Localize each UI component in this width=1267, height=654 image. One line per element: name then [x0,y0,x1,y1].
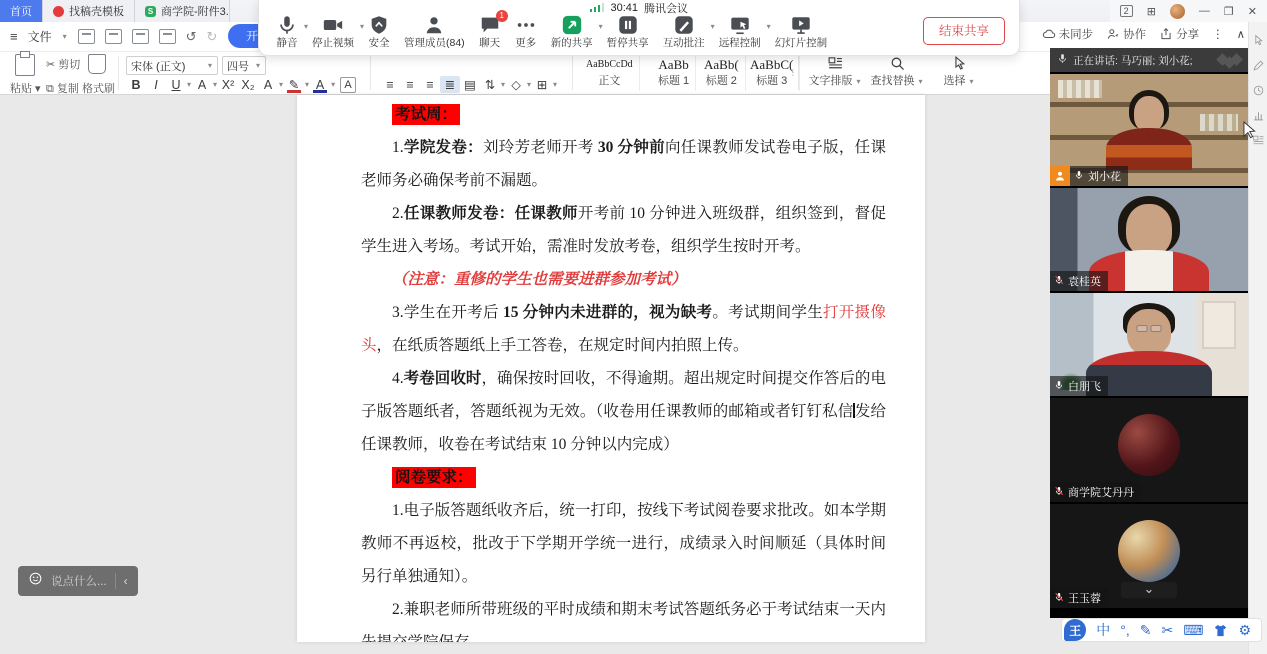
share-out-action[interactable]: 分享 [1159,26,1199,42]
collab-icon [1106,27,1120,41]
mic-icon [276,14,298,36]
hamburger-menu-icon[interactable]: ≡ [10,29,18,44]
dropdown-caret-icon[interactable]: ▾ [360,22,364,31]
tool-text-layout-button[interactable]: 文字排版 ▾ [806,55,864,88]
participant-avatar [1118,414,1180,476]
screen: 首页找稿壳模板S商学院-附件3... 2 ⊞ — ❐ ✕ ≡ 文件 ▾ ↺ ↻ … [0,0,1267,654]
participant-name-tag: 袁桂英 [1050,271,1108,291]
participant-tile-3[interactable]: 商学院艾丹丹 [1050,396,1248,502]
fmt-glyph-6[interactable]: A [258,77,278,93]
mic-muted-icon [1054,592,1064,605]
ime-mode-toggle[interactable]: 中 [1096,619,1110,641]
align-glyph-1[interactable]: ≡ [400,77,420,93]
browser-tab-2[interactable]: S商学院-附件3... [135,0,230,22]
style-card-1[interactable]: AaBb标题 1 [652,55,696,91]
font-size-select[interactable]: 四号▾ [222,56,266,75]
text-layout-icon [806,55,864,75]
style-card-0[interactable]: AaBbCcDd正文 [580,55,640,91]
wps-right-actions: 未同步协作分享⋮∧ [1042,26,1245,42]
meeting-control-pause[interactable]: 暂停共享 [607,14,649,49]
style-gallery-more-icon[interactable]: ⋮ [789,68,797,77]
meeting-control-annotate[interactable]: 互动批注▾ [663,14,705,49]
user-avatar[interactable] [1170,4,1185,19]
ime-pen-icon[interactable]: ✎ [1140,619,1152,641]
meeting-timer: 30:41 [610,2,638,14]
format-glyph-row: BIU▾A▾X²X₂A▾✎▾A▾A [126,76,356,93]
tab-label: 商学院-附件3... [161,3,230,19]
restore-button[interactable]: ❐ [1224,5,1234,18]
participant-list: 刘小花袁桂英白朋飞商学院艾丹丹王玉蓉⌄ [1050,72,1248,608]
side-tab-select-cursor-icon[interactable] [1252,34,1265,47]
chat-collapse-icon[interactable]: ‹ [124,574,128,588]
paste-icon[interactable] [15,54,35,76]
dropdown-caret-icon[interactable]: ▾ [767,22,771,31]
print-preview-icon[interactable] [159,29,176,44]
dropdown-caret-icon[interactable]: ▾ [599,22,603,31]
doc-paragraph-3: （注意：重修的学生也需要进群参加考试） [361,263,886,296]
collapse-tiles-button[interactable]: ⌄ [1121,582,1177,598]
doc-paragraph-5: 4.考卷回收时，确保按时回收，不得逾期。超出规定时间提交作答后的电子版答题纸者，… [361,362,886,461]
pause-icon [617,14,639,36]
participant-name-tag: 王玉蓉 [1050,588,1108,608]
fmt-glyph-7[interactable]: ✎ [284,76,304,93]
caret-icon[interactable]: ▾ [331,80,335,89]
participant-tile-2[interactable]: 白朋飞 [1050,291,1248,396]
meeting-status: 30:41 腾讯会议 [259,1,1019,14]
participant-tile-1[interactable]: 袁桂英 [1050,186,1248,291]
caret-icon[interactable]: ▾ [553,80,557,89]
fmt-glyph-2[interactable]: U [166,77,186,93]
mic-on-icon [1074,170,1084,183]
dropdown-caret-icon[interactable]: ▾ [711,22,715,31]
style-label: 标题 1 [658,74,689,88]
meeting-control-remote[interactable]: 远程控制▾ [719,14,761,49]
file-menu[interactable]: 文件 [28,28,52,45]
side-tab-clock-icon[interactable] [1252,84,1265,97]
document-page[interactable]: 考试周：1.学院发卷：刘玲芳老师开考 30 分钟前向任课教师发试卷电子版，任课老… [297,95,925,642]
meeting-control-chat[interactable]: 1聊天 [479,14,501,49]
document-body: 考试周：1.学院发卷：刘玲芳老师开考 30 分钟前向任课教师发试卷电子版，任课老… [361,98,886,642]
tool-magnifier-button[interactable]: 查找替换 ▾ [868,55,926,88]
emoji-icon[interactable] [28,571,43,591]
ime-skin-icon[interactable] [1213,619,1228,641]
meeting-control-share-screen[interactable]: 新的共享▾ [551,14,593,49]
style-label: 标题 2 [704,74,739,88]
end-share-button[interactable]: 结束共享 [923,17,1005,45]
ime-keyboard-icon[interactable]: ⌨ [1183,619,1203,641]
participant-name-tag: 刘小花 [1070,166,1128,186]
doc-paragraph-4: 3.学生在开考后 15 分钟内未进群的，视为缺考。考试期间学生打开摄像头，在纸质… [361,296,886,362]
align-glyph-row: ≡≡≡≣▤⇅▾◇▾⊞▾ [380,76,558,93]
align-glyph-7[interactable]: ⊞ [532,76,552,93]
caret-icon[interactable]: ▾ [213,80,217,89]
meeting-video-panel: 正在讲话: 马巧丽; 刘小花; 刘小花袁桂英白朋飞商学院艾丹丹王玉蓉⌄ [1050,48,1248,618]
grid-layout-icon[interactable]: ⊞ [1147,5,1156,18]
participant-avatar [1118,520,1180,582]
cut-button[interactable]: ✂ 剪切 [46,56,80,72]
fmt-glyph-0[interactable]: B [126,77,146,93]
magnifier-icon [868,55,926,75]
align-glyph-6[interactable]: ◇ [506,76,526,93]
chat-badge: 1 [496,10,508,22]
style-label: 正文 [586,74,633,88]
format-painter-icon[interactable] [88,54,106,74]
meeting-toolbar-panel: 30:41 腾讯会议 静音▾停止视频▾安全管理成员(84)1聊天更多新的共享▾暂… [258,0,1020,56]
meeting-logo-icon [1216,53,1242,67]
caret-icon[interactable]: ▾ [305,80,309,89]
doc-paragraph-6: 阅卷要求： [361,461,886,494]
signal-icon [590,3,605,12]
ime-toolbar: 王 中 °, ✎ ✂ ⌨ ⚙ [1061,618,1262,642]
style-sample: AaBbC( [750,56,793,74]
more-icon [515,14,537,36]
meeting-control-slides[interactable]: 幻灯片控制 [775,14,828,49]
minimize-button[interactable]: — [1199,5,1210,17]
fmt-glyph-1[interactable]: I [146,77,166,93]
participant-name-tag: 商学院艾丹丹 [1050,482,1141,502]
browser-tab-1[interactable]: 找稿壳模板 [43,0,135,22]
chat-icon: 1 [479,14,501,36]
close-button[interactable]: ✕ [1248,5,1257,18]
style-card-2[interactable]: AaBb(标题 2 [698,55,746,91]
speaking-label: 正在讲话: 马巧丽; 刘小花; [1073,53,1193,68]
doc-paragraph-0: 考试周： [361,98,886,131]
tab-label: 首页 [10,3,32,19]
meeting-control-shield[interactable]: 安全 [368,14,390,49]
slides-icon [790,14,812,36]
ime-logo-icon[interactable]: 王 [1064,619,1086,641]
more-options-icon[interactable]: ⋮ [1212,27,1224,41]
participant-tile-0[interactable]: 刘小花 [1050,72,1248,186]
copy-button[interactable]: ⧉ 复制 [46,80,79,96]
undo-icon[interactable]: ↺ [186,29,197,45]
paste-label[interactable]: 粘贴 ▾ [10,80,41,96]
cloud-icon [1042,27,1056,41]
cloud-action[interactable]: 未同步 [1042,26,1094,42]
select-cursor-icon [930,55,988,75]
caret-icon[interactable]: ▾ [279,80,283,89]
align-glyph-5[interactable]: ⇅ [480,76,500,93]
mic-on-icon [1054,380,1064,393]
font-name-select[interactable]: 宋体 (正文)▾ [126,56,218,75]
mic-muted-icon [1054,486,1064,499]
meeting-control-more[interactable]: 更多 [515,14,537,49]
wps-side-tabs-strip [1248,22,1267,654]
align-glyph-2[interactable]: ≡ [420,77,440,93]
danmaku-chat-bar[interactable]: 说点什么... ‹ [18,566,138,596]
fmt-glyph-9[interactable]: A [340,77,356,93]
chat-input-placeholder[interactable]: 说点什么... [51,573,107,589]
style-label: 标题 3 [750,74,793,88]
meeting-control-camera[interactable]: 停止视频▾ [312,14,354,49]
side-tab-pen-icon[interactable] [1252,59,1265,72]
annotate-icon [673,14,695,36]
style-sample: AaBb [658,56,689,74]
doc-paragraph-2: 2.任课教师发卷：任课教师开考前 10 分钟进入班级群，组织签到，督促学生进入考… [361,197,886,263]
style-sample: AaBb( [704,56,739,74]
align-glyph-4[interactable]: ▤ [460,76,480,93]
red-dot-icon [53,6,64,17]
redo-icon[interactable]: ↻ [207,29,218,45]
host-badge-icon [1050,166,1070,186]
mic-muted-icon [1054,275,1064,288]
meeting-control-mic[interactable]: 静音▾ [276,14,298,49]
align-glyph-3[interactable]: ≣ [440,76,460,93]
fmt-glyph-5[interactable]: X₂ [238,77,258,93]
green-s-icon: S [145,6,156,17]
collab-action[interactable]: 协作 [1106,26,1146,42]
doc-paragraph-8: 2.兼职老师所带班级的平时成绩和期末考试答题纸务必于考试结束一天内先提交学院保存… [361,593,886,642]
remote-icon [729,14,751,36]
fmt-glyph-8[interactable]: A [310,77,330,93]
save-icon[interactable] [78,29,95,44]
align-glyph-0[interactable]: ≡ [380,77,400,93]
caret-icon[interactable]: ▾ [501,80,505,89]
speaking-indicator-bar: 正在讲话: 马巧丽; 刘小花; [1050,48,1248,72]
person-icon [423,14,445,36]
meeting-control-person[interactable]: 管理成员(84) [404,14,465,49]
ime-settings-icon[interactable]: ⚙ [1238,619,1251,641]
participant-name-tag: 白朋飞 [1050,376,1108,396]
style-sample: AaBbCcDd [586,56,633,74]
tab-label: 找稿壳模板 [69,3,124,19]
fmt-glyph-4[interactable]: X² [218,77,238,93]
print-icon[interactable] [132,29,149,44]
chat-divider [115,573,116,589]
meeting-controls: 静音▾停止视频▾安全管理成员(84)1聊天更多新的共享▾暂停共享互动批注▾远程控… [269,14,909,54]
file-menu-caret-icon: ▾ [63,32,67,41]
tab-count-icon[interactable]: 2 [1120,5,1133,17]
mouse-cursor-icon [1240,120,1259,139]
dropdown-caret-icon[interactable]: ▾ [304,22,308,31]
browser-tab-0[interactable]: 首页 [0,0,43,22]
participant-tile-4[interactable]: 王玉蓉⌄ [1050,502,1248,608]
doc-paragraph-7: 1.电子版答题纸收齐后，统一打印，按线下考试阅卷要求批改。如本学期教师不再返校，… [361,494,886,593]
doc-paragraph-1: 1.学院发卷：刘玲芳老师开考 30 分钟前向任课教师发试卷电子版，任课老师务必确… [361,131,886,197]
shield-icon [368,14,390,36]
window-controls: 2 ⊞ — ❐ ✕ [1110,0,1267,22]
tool-select-cursor-button[interactable]: 选择 ▾ [930,55,988,88]
share-screen-icon [561,14,583,36]
ime-punctuation-toggle[interactable]: °, [1120,619,1130,641]
speaking-mic-icon [1057,51,1068,69]
collapse-ribbon-icon[interactable]: ∧ [1237,27,1245,41]
caret-icon[interactable]: ▾ [527,80,531,89]
format-painter-label[interactable]: 格式刷 [82,80,115,96]
share-out-icon [1159,27,1173,41]
camera-icon [322,14,344,36]
ime-scissors-icon[interactable]: ✂ [1161,619,1173,641]
caret-icon[interactable]: ▾ [187,80,191,89]
export-icon[interactable] [105,29,122,44]
fmt-glyph-3[interactable]: A [192,77,212,93]
